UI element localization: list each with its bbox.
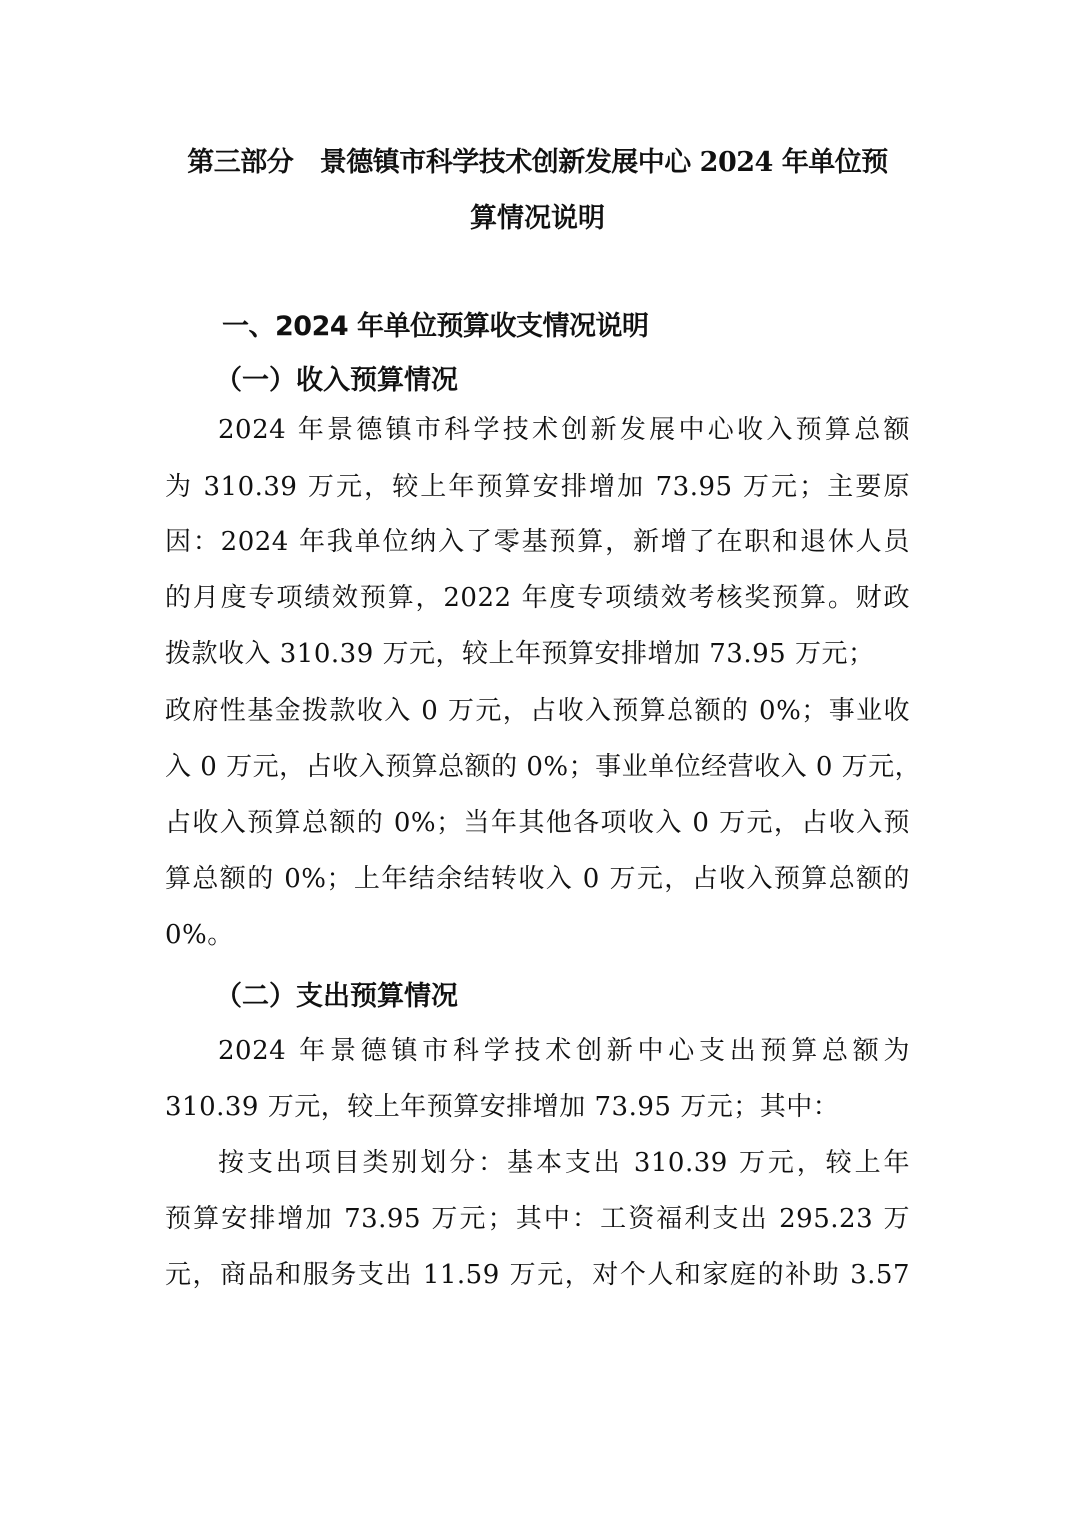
income-paragraph-line: 拨款收入 310.39 万元，较上年预算安排增加 73.95 万元； [165,633,910,675]
section-heading: 一、2024 年单位预算收支情况说明 [222,304,649,350]
income-paragraph-line: 2024 年景德镇市科学技术创新发展中心收入预算总额 [218,409,910,451]
income-paragraph-line: 算总额的 0%；上年结余结转收入 0 万元，占收入预算总额的 [165,858,910,900]
income-paragraph-line: 为 310.39 万元，较上年预算安排增加 73.95 万元；主要原 [165,466,910,508]
income-paragraph-line: 的月度专项绩效预算，2022 年度专项绩效考核奖预算。财政 [165,577,910,619]
expenditure-subheading: （二）支出预算情况 [215,974,458,1020]
expenditure-paragraph-line: 元，商品和服务支出 11.59 万元，对个人和家庭的补助 3.57 [165,1254,910,1296]
income-paragraph-line: 占收入预算总额的 0%；当年其他各项收入 0 万元，占收入预 [165,802,910,844]
expenditure-paragraph-line: 2024 年景德镇市科学技术创新中心支出预算总额为 [218,1030,910,1072]
document-page: 第三部分 景德镇市科学技术创新发展中心 2024 年单位预 算情况说明 一、20… [0,0,1074,1520]
income-paragraph-line: 0%。 [165,914,910,956]
document-title-line-1: 第三部分 景德镇市科学技术创新发展中心 2024 年单位预 [165,135,910,191]
income-paragraph-line: 政府性基金拨款收入 0 万元，占收入预算总额的 0%；事业收 [165,690,910,732]
income-subheading: （一）收入预算情况 [215,358,458,404]
expenditure-paragraph-line: 预算安排增加 73.95 万元；其中：工资福利支出 295.23 万 [165,1198,910,1240]
income-paragraph-line: 入 0 万元，占收入预算总额的 0%；事业单位经营收入 0 万元， [165,746,910,788]
income-paragraph-line: 因：2024 年我单位纳入了零基预算，新增了在职和退休人员 [165,521,910,563]
document-title-line-2: 算情况说明 [165,191,910,247]
expenditure-paragraph-line: 310.39 万元，较上年预算安排增加 73.95 万元；其中： [165,1086,910,1128]
expenditure-paragraph-line: 按支出项目类别划分：基本支出 310.39 万元，较上年 [218,1142,910,1184]
